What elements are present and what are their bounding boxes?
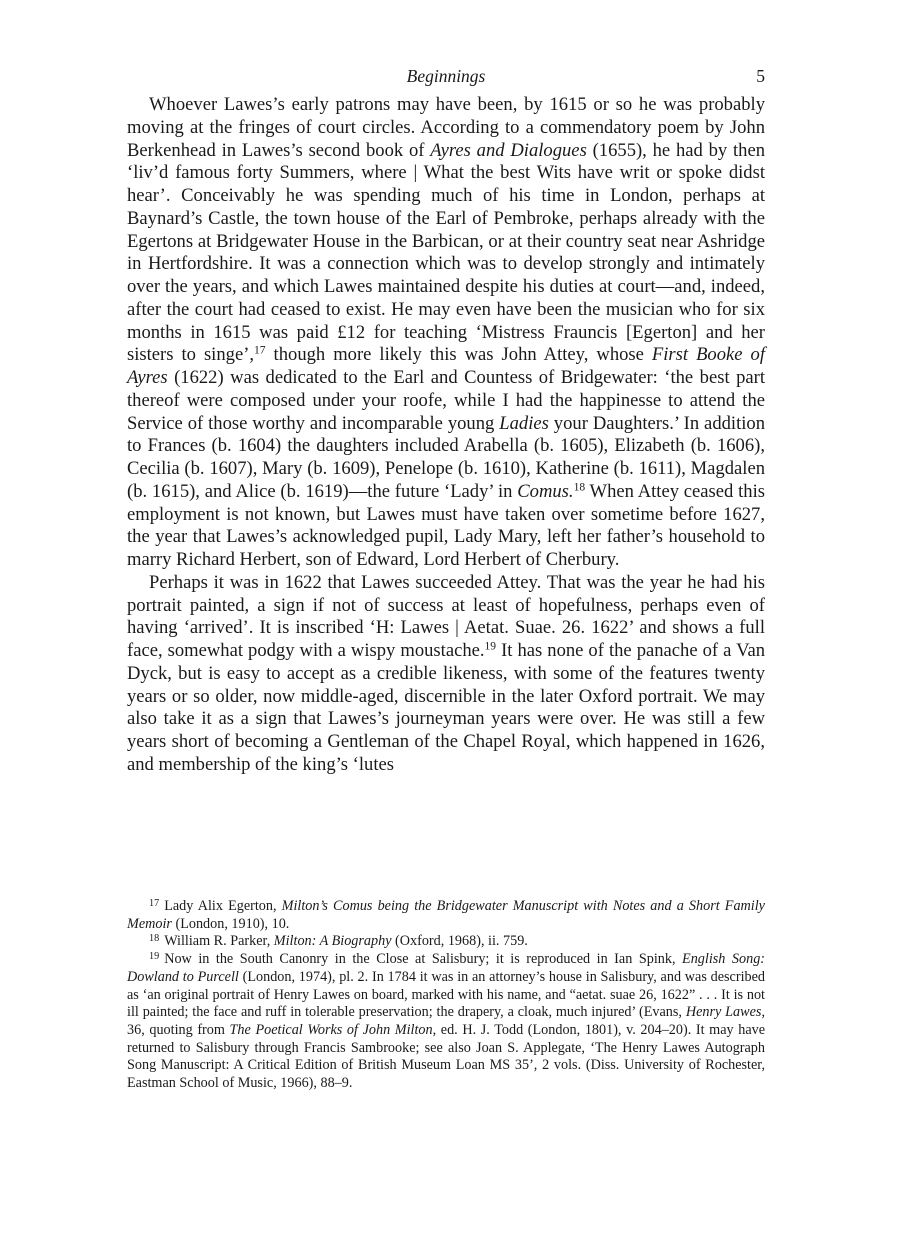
footnote-number: 19 bbox=[149, 951, 159, 962]
body-text: Whoever Lawes’s early patrons may have b… bbox=[127, 94, 765, 777]
footnote-number: 18 bbox=[149, 933, 159, 944]
italic-title: Milton: A Biography bbox=[274, 933, 392, 949]
text-run: William R. Parker, bbox=[164, 933, 274, 949]
footnote-number: 17 bbox=[149, 898, 159, 909]
paragraph-2: Perhaps it was in 1622 that Lawes succee… bbox=[127, 572, 765, 777]
text-run: (Oxford, 1968), ii. 759. bbox=[392, 933, 528, 949]
footnote-19: 19Now in the South Canonry in the Close … bbox=[127, 951, 765, 1093]
footnote-17: 17Lady Alix Egerton, Milton’s Comus bein… bbox=[127, 898, 765, 933]
italic-title: Ayres and Dialogues bbox=[430, 140, 587, 161]
book-page: Beginnings 5 Whoever Lawes’s early patro… bbox=[127, 64, 765, 777]
italic-title: Comus. bbox=[517, 481, 573, 502]
running-title: Beginnings bbox=[127, 66, 765, 87]
italic-title: The Poetical Works of John Milton bbox=[230, 1022, 433, 1038]
footnotes: 17Lady Alix Egerton, Milton’s Comus bein… bbox=[127, 898, 765, 1093]
text-run: (London, 1910), 10. bbox=[172, 916, 289, 932]
text-run: though more likely this was John Attey, … bbox=[266, 344, 652, 365]
italic-word: Ladies bbox=[499, 413, 549, 434]
running-head: Beginnings 5 bbox=[127, 64, 765, 90]
italic-title: Henry Lawes bbox=[686, 1004, 762, 1020]
paragraph-1: Whoever Lawes’s early patrons may have b… bbox=[127, 94, 765, 572]
page-number: 5 bbox=[756, 66, 765, 87]
footnote-ref-17[interactable]: 17 bbox=[254, 345, 266, 357]
text-run: (1655), he had by then ‘liv’d famous for… bbox=[127, 140, 765, 366]
footnote-18: 18William R. Parker, Milton: A Biography… bbox=[127, 933, 765, 951]
footnote-ref-18[interactable]: 18 bbox=[574, 481, 586, 493]
text-run: Lady Alix Egerton, bbox=[164, 898, 281, 914]
footnote-ref-19[interactable]: 19 bbox=[485, 641, 497, 653]
text-run: Now in the South Canonry in the Close at… bbox=[164, 951, 682, 967]
